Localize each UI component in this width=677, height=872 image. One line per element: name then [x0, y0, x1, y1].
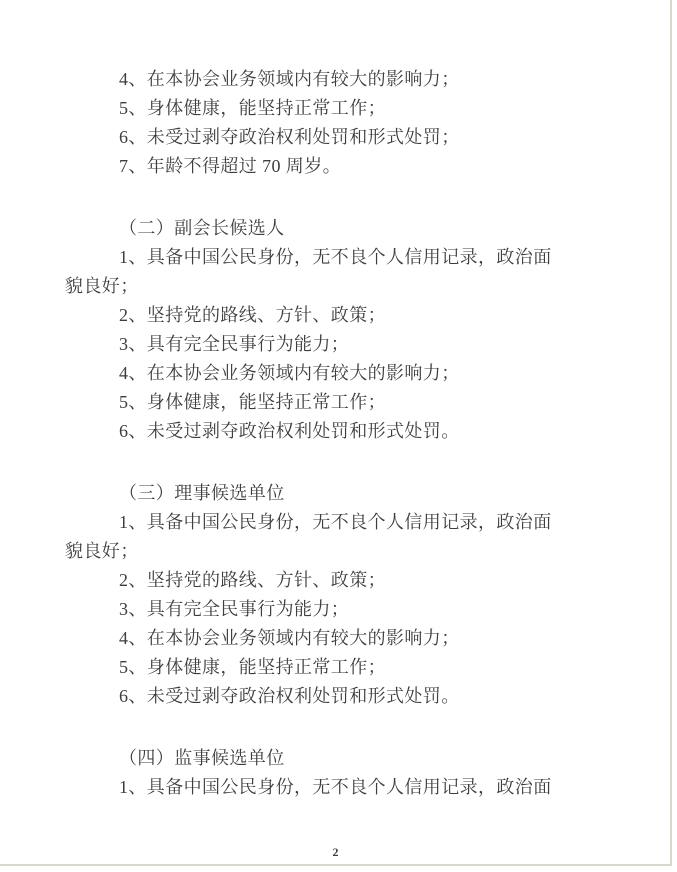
- text-line: 4、在本协会业务领域内有较大的影响力；: [65, 65, 605, 94]
- text-line: 3、具有完全民事行为能力；: [65, 330, 605, 359]
- text-line: 4、在本协会业务领域内有较大的影响力；: [65, 624, 605, 653]
- section-heading: （四）监事候选单位: [65, 744, 605, 773]
- section-heading: （二）副会长候选人: [65, 214, 605, 243]
- text-line: 3、具有完全民事行为能力；: [65, 595, 605, 624]
- paragraph-gap: [65, 446, 605, 479]
- text-line: 1、具备中国公民身份，无不良个人信用记录，政治面: [65, 508, 605, 537]
- paragraph-gap: [65, 181, 605, 214]
- text-line: 貌良好；: [65, 537, 605, 566]
- document-page: 4、在本协会业务领域内有较大的影响力； 5、身体健康，能坚持正常工作； 6、未受…: [0, 0, 677, 872]
- text-line: 1、具备中国公民身份，无不良个人信用记录，政治面: [65, 773, 605, 802]
- text-line: 6、未受过剥夺政治权利处罚和形式处罚。: [65, 417, 605, 446]
- document-body: 4、在本协会业务领域内有较大的影响力； 5、身体健康，能坚持正常工作； 6、未受…: [65, 65, 605, 802]
- paragraph-gap: [65, 711, 605, 744]
- text-line: 4、在本协会业务领域内有较大的影响力；: [65, 359, 605, 388]
- text-line: 6、未受过剥夺政治权利处罚和形式处罚；: [65, 123, 605, 152]
- page-number: 2: [0, 845, 671, 860]
- text-line: 5、身体健康，能坚持正常工作；: [65, 653, 605, 682]
- text-line: 貌良好；: [65, 272, 605, 301]
- text-line: 2、坚持党的路线、方针、政策；: [65, 301, 605, 330]
- text-line: 6、未受过剥夺政治权利处罚和形式处罚。: [65, 682, 605, 711]
- page-edge-bottom: [0, 864, 672, 866]
- section-heading: （三）理事候选单位: [65, 479, 605, 508]
- text-line: 1、具备中国公民身份，无不良个人信用记录，政治面: [65, 243, 605, 272]
- text-line: 7、年龄不得超过 70 周岁。: [65, 152, 605, 181]
- page-edge-right: [670, 0, 672, 866]
- text-line: 2、坚持党的路线、方针、政策；: [65, 566, 605, 595]
- text-line: 5、身体健康，能坚持正常工作；: [65, 388, 605, 417]
- text-line: 5、身体健康，能坚持正常工作；: [65, 94, 605, 123]
